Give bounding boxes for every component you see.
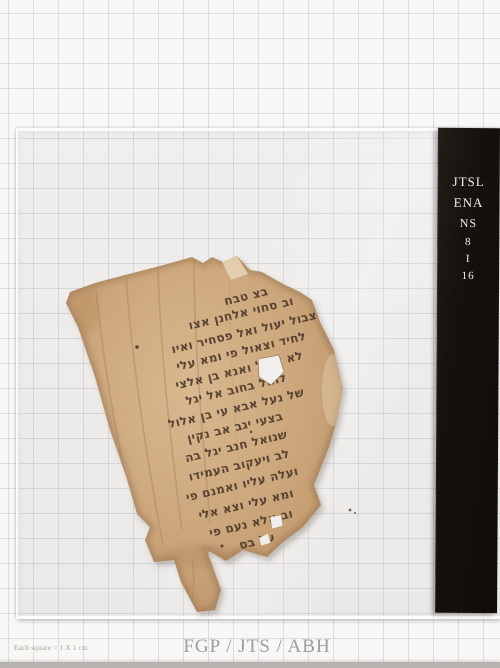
shelfmark-line: JTSL (438, 174, 500, 190)
manuscript-fragment: בצ טבח וב סחוי אלחנן אצו צבול יעול ואל פ… (0, 0, 500, 668)
shelfmark-labels: JTSL ENA NS 8 I 16 (437, 174, 500, 287)
shelfmark-line: 16 (437, 270, 499, 282)
debris-specks (349, 509, 356, 514)
shelfmark-line: 8 (437, 236, 499, 248)
shelfmark-line: NS (437, 216, 499, 231)
table-edge (0, 662, 500, 668)
shelfmark-label-strip: JTSL ENA NS 8 I 16 (435, 128, 500, 613)
photo-scene: בצ טבח וב סחוי אלחנן אצו צבול יעול ואל פ… (0, 0, 500, 668)
shelfmark-line: I (437, 253, 499, 265)
fragment-surface: בצ טבח וב סחוי אלחנן אצו צבול יעול ואל פ… (66, 256, 344, 612)
scale-note: Each square = 1 X 1 cm (14, 644, 88, 652)
shelfmark-line: ENA (437, 195, 499, 211)
